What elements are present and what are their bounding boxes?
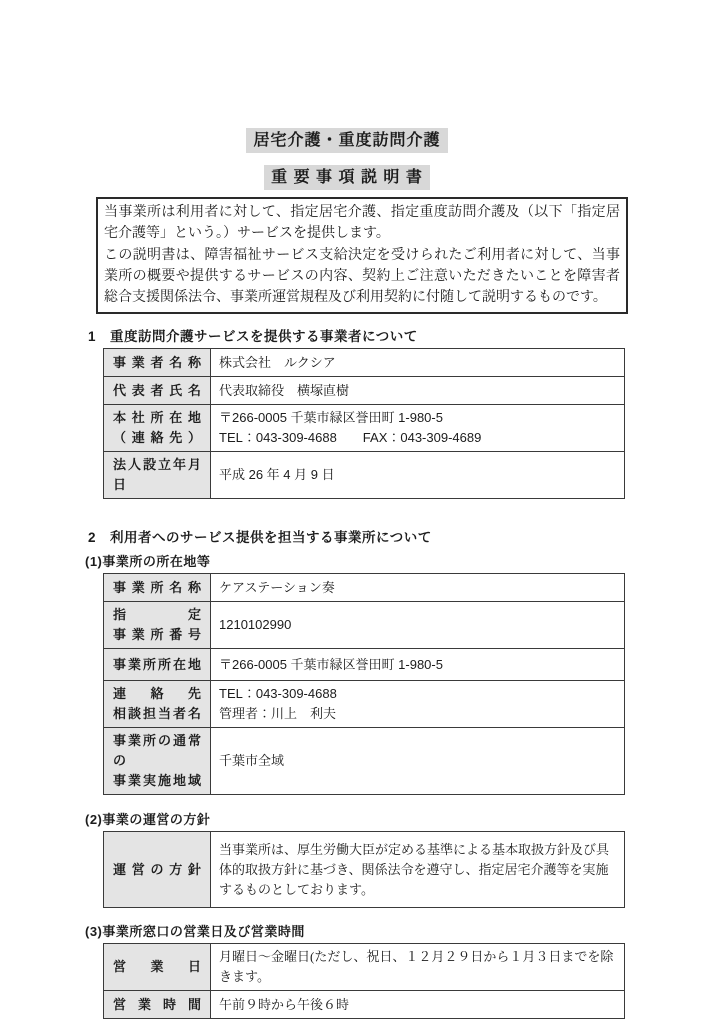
table-row-service-area: 事業所の通常の 事業実施地域 千葉市全域 — [104, 728, 625, 795]
row-label: 事業所の通常の 事業実施地域 — [104, 728, 211, 795]
row-label: 代表者氏名 — [104, 377, 211, 405]
table-row-business-hours: 営業時間 午前９時から午後６時 — [104, 991, 625, 1019]
section2-sub3-heading: (3)事業所窓口の営業日及び営業時間 — [85, 921, 724, 940]
table-row-business-days: 営業日 月曜日～金曜日(ただし、祝日、１２月２９日から１月３日までを除きます。 — [104, 944, 625, 991]
row-value: 〒266-0005 千葉市緑区誉田町 1-980-5 — [211, 649, 625, 681]
row-value: 1210102990 — [211, 602, 625, 649]
row-label: 指定 事業所番号 — [104, 602, 211, 649]
row-value: 代表取締役 横塚直樹 — [211, 377, 625, 405]
table-row-head-office: 本社所在地 （連絡先） 〒266-0005 千葉市緑区誉田町 1-980-5 T… — [104, 405, 625, 452]
row-value: TEL：043-309-4688 管理者：川上 利夫 — [211, 681, 625, 728]
title-block: 居宅介護・重度訪問介護 重 要 事 項 説 明 書 — [0, 0, 694, 190]
row-value: 月曜日～金曜日(ただし、祝日、１２月２９日から１月３日までを除きます。 — [211, 944, 625, 991]
section2-sub2-heading: (2)事業の運営の方針 — [85, 809, 724, 828]
intro-paragraph-2: この説明書は、障害福祉サービス支給決定を受けられたご利用者に対して、当事業所の概… — [104, 245, 620, 309]
table-row-established-date: 法人設立年月日 平成 26 年 4 月 9 日 — [104, 452, 625, 499]
table-row-operation-policy: 運営の方針 当事業所は、厚生労働大臣が定める基準による基本取扱方針及び具体的取扱… — [104, 832, 625, 908]
row-label: 事業者名称 — [104, 349, 211, 377]
row-value: 午前９時から午後６時 — [211, 991, 625, 1019]
section2-heading: 2 利用者へのサービス提供を担当する事業所について — [88, 526, 724, 546]
doc-title-service-type-text: 居宅介護・重度訪問介護 — [246, 128, 447, 153]
row-value: 株式会社 ルクシア — [211, 349, 625, 377]
row-value: 平成 26 年 4 月 9 日 — [211, 452, 625, 499]
row-label: 事業所名称 — [104, 574, 211, 602]
table-row-office-number: 指定 事業所番号 1210102990 — [104, 602, 625, 649]
row-label: 運営の方針 — [104, 832, 211, 908]
table-row-office-name: 事業所名称 ケアステーション奏 — [104, 574, 625, 602]
intro-box: 当事業所は利用者に対して、指定居宅介護、指定重度訪問介護及（以下「指定居宅介護等… — [96, 197, 628, 314]
operation-policy-table: 運営の方針 当事業所は、厚生労働大臣が定める基準による基本取扱方針及び具体的取扱… — [103, 831, 625, 908]
section2-sub1-heading: (1)事業所の所在地等 — [85, 551, 724, 570]
row-label: 営業日 — [104, 944, 211, 991]
row-label: 法人設立年月日 — [104, 452, 211, 499]
section1-heading: 1 重度訪問介護サービスを提供する事業者について — [88, 325, 724, 345]
table-row-representative: 代表者氏名 代表取締役 横塚直樹 — [104, 377, 625, 405]
row-value: 当事業所は、厚生労働大臣が定める基準による基本取扱方針及び具体的取扱方針に基づき… — [211, 832, 625, 908]
table-row-provider-name: 事業者名称 株式会社 ルクシア — [104, 349, 625, 377]
business-hours-table: 営業日 月曜日～金曜日(ただし、祝日、１２月２９日から１月３日までを除きます。 … — [103, 943, 625, 1019]
doc-title-main-text: 重 要 事 項 説 明 書 — [264, 165, 430, 190]
table-row-office-contact: 連絡先 相談担当者名 TEL：043-309-4688 管理者：川上 利夫 — [104, 681, 625, 728]
row-label: 本社所在地 （連絡先） — [104, 405, 211, 452]
table-row-office-address: 事業所所在地 〒266-0005 千葉市緑区誉田町 1-980-5 — [104, 649, 625, 681]
row-value: 千葉市全域 — [211, 728, 625, 795]
document-page: 居宅介護・重度訪問介護 重 要 事 項 説 明 書 当事業所は利用者に対して、指… — [0, 0, 724, 1024]
row-value: ケアステーション奏 — [211, 574, 625, 602]
doc-title-main: 重 要 事 項 説 明 書 — [0, 165, 694, 190]
row-label: 事業所所在地 — [104, 649, 211, 681]
doc-title-service-type: 居宅介護・重度訪問介護 — [0, 0, 694, 153]
intro-paragraph-1: 当事業所は利用者に対して、指定居宅介護、指定重度訪問介護及（以下「指定居宅介護等… — [104, 202, 620, 245]
provider-info-table: 事業者名称 株式会社 ルクシア 代表者氏名 代表取締役 横塚直樹 本社所在地 （… — [103, 348, 625, 499]
row-value: 〒266-0005 千葉市緑区誉田町 1-980-5 TEL：043-309-4… — [211, 405, 625, 452]
row-label: 連絡先 相談担当者名 — [104, 681, 211, 728]
office-info-table: 事業所名称 ケアステーション奏 指定 事業所番号 1210102990 事業所所… — [103, 573, 625, 795]
row-label: 営業時間 — [104, 991, 211, 1019]
